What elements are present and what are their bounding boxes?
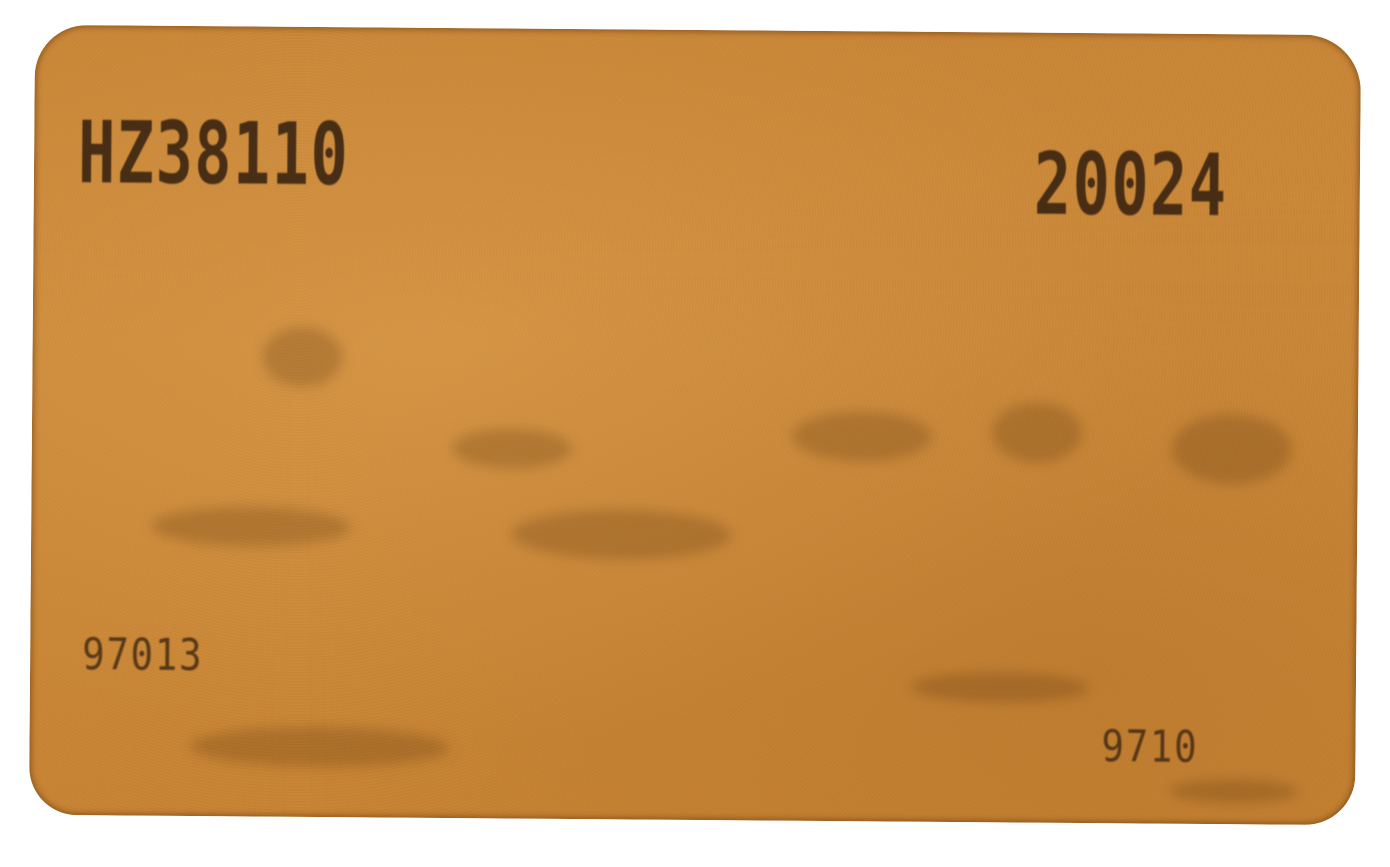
faded-mark [1172,414,1293,485]
number-stamp: 20024 [1034,135,1228,237]
serial-number-stamp: HZ38110 [78,103,350,205]
bottom-right-code: 9710 [1101,721,1198,773]
faded-mark [910,672,1090,703]
faded-mark [792,411,932,462]
faded-mark [262,327,342,388]
bottom-left-code: 97013 [82,629,203,681]
faded-mark [151,506,351,548]
image-stage: HZ38110 20024 97013 9710 [0,0,1390,867]
stamped-card: HZ38110 20024 97013 9710 [29,25,1361,825]
faded-mark [992,402,1082,463]
faded-mark [452,428,572,469]
faded-mark [511,509,731,561]
faded-mark [189,726,449,768]
faded-mark [1169,779,1299,804]
